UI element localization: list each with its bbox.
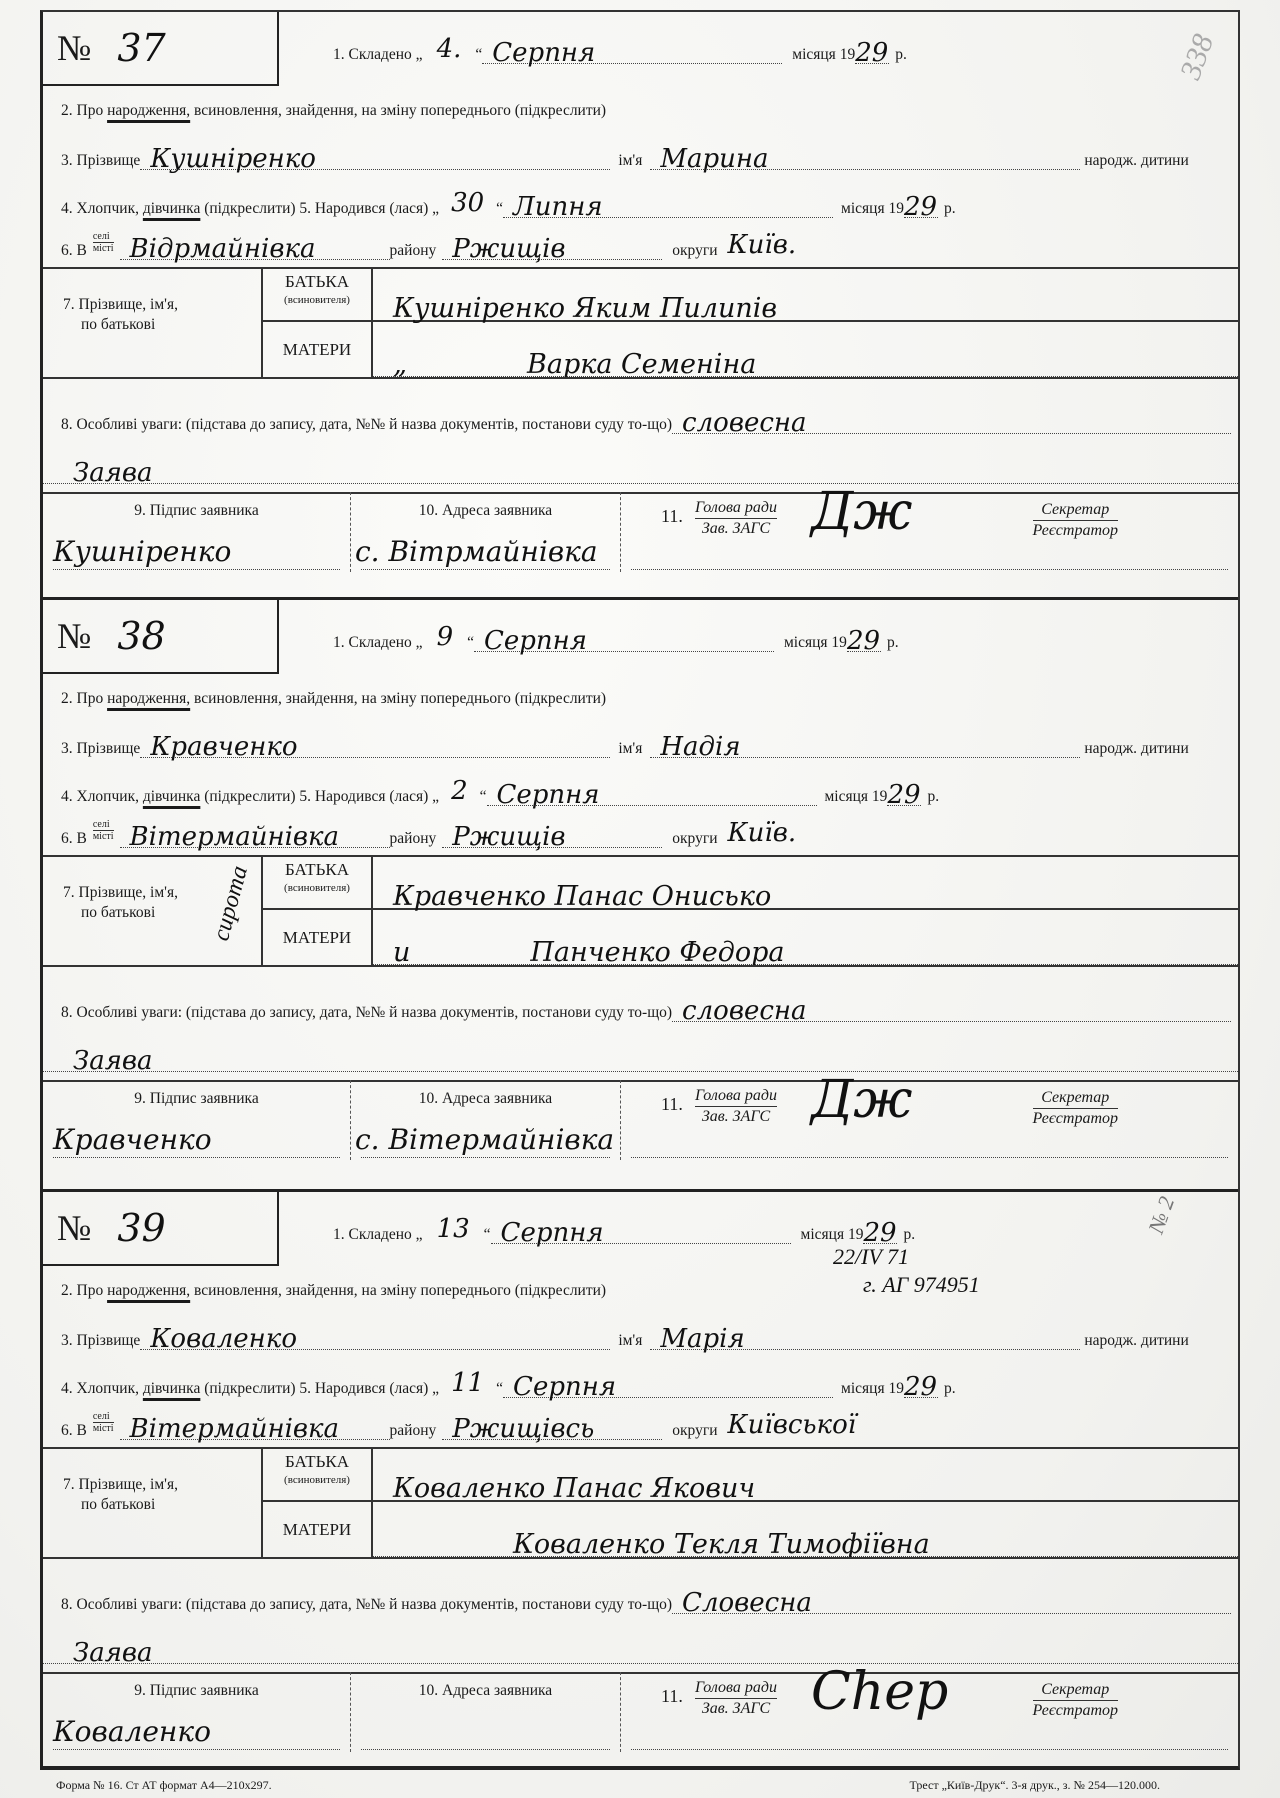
- compiled-month-field: Серпня: [491, 1218, 791, 1244]
- record-number: 39: [117, 1206, 165, 1250]
- birth-month-field: Серпня: [487, 780, 817, 806]
- applicant-address: с. Вiтермайнiвка: [355, 1123, 614, 1156]
- birth-record-39: № 39 1. Складено „ 13 “ Серпня місяця 19…: [43, 1192, 1238, 1772]
- printer-footer: Трест „Київ-Друк“. 3-я друк., з. № 254—1…: [910, 1778, 1160, 1793]
- signatures: 9. Підпис заявника Кравченко 10. Адреса …: [43, 1080, 1238, 1160]
- side-annotation: г. АГ 974951: [863, 1272, 980, 1298]
- underlined-girl: дівчинка: [143, 200, 200, 218]
- field-7-parents: 7. Прізвище, ім'я, по батькові БАТЬКА(вс…: [43, 1447, 1238, 1557]
- field-2-event-type: 2. Про народження, всиновлення, знайденн…: [61, 102, 1256, 120]
- number-sign: №: [57, 615, 91, 657]
- underlined-girl: дівчинка: [143, 1380, 200, 1398]
- birth-month-field: Серпня: [503, 1372, 833, 1398]
- field-1-compiled: 1. Складено „ 13 “ Серпня місяця 19 29 р…: [333, 1214, 1213, 1244]
- okruha-value: Київ.: [728, 230, 797, 260]
- field-7-parents: 7. Прізвище, ім'я, по батькові БАТЬКА(вс…: [43, 267, 1238, 377]
- village-field: Вiтермайнiвка: [120, 1414, 390, 1440]
- applicant-address-cell: 10. Адреса заявника с. Вiтрмайнiвка: [351, 492, 621, 572]
- field-8-notes: 8. Особливі уваги: (підстава до запису, …: [61, 408, 1231, 434]
- surname-field: Коваленко: [140, 1324, 610, 1350]
- scanned-page: 338 № 37 1. Складено „ 4. “ Серпня місяц…: [0, 0, 1280, 1798]
- record-number-box: № 37: [43, 12, 279, 86]
- field-4-5-sex-birthdate: 4. Хлопчик, дівчинка (підкреслити) 5. На…: [61, 188, 1231, 218]
- village-field: Вiдрмайнiвка: [120, 234, 390, 260]
- record-number: 38: [117, 614, 165, 658]
- field-1-compiled: 1. Складено „ 9 “ Серпня місяця 19 29 р.: [333, 622, 1213, 652]
- record-number: 37: [117, 26, 165, 70]
- field-2-event-type: 2. Про народження, всиновлення, знайденн…: [61, 1282, 1256, 1300]
- signatures: 9. Підпис заявника Кушнiренко 10. Адреса…: [43, 492, 1238, 572]
- side-annotation: 22/IV 71: [833, 1244, 909, 1270]
- field-3-names: 3. Прізвище Коваленко ім'я Марiя народж.…: [61, 1324, 1231, 1350]
- district-field: Ржищiв: [442, 822, 662, 848]
- applicant-signature-cell: 9. Підпис заявника Кравченко: [43, 1080, 351, 1160]
- underlined-birth: народження,: [107, 690, 190, 708]
- village-field: Вiтермайнiвка: [120, 822, 390, 848]
- given-name-field: Надiя: [650, 732, 1080, 758]
- surname-field: Кравченко: [140, 732, 610, 758]
- birth-registration-form: № 37 1. Складено „ 4. “ Серпня місяця 19…: [40, 10, 1240, 1770]
- applicant-signature: Кушнiренко: [53, 535, 231, 568]
- underlined-girl: дівчинка: [143, 788, 200, 806]
- underlined-birth: народження,: [107, 1282, 190, 1300]
- father-name-field: Кушнiренко Яким Пилипiв: [373, 267, 1238, 322]
- signatures: 9. Підпис заявника Коваленко 10. Адреса …: [43, 1672, 1238, 1752]
- official-signature-cell: 11. Голова радиЗав. ЗАГС Дж СекретарРеєс…: [621, 492, 1238, 572]
- okruha-value: Київської: [728, 1410, 857, 1440]
- given-name-field: Марина: [650, 144, 1080, 170]
- district-field: Ржищiв: [442, 234, 662, 260]
- birth-record-37: № 37 1. Складено „ 4. “ Серпня місяця 19…: [43, 12, 1238, 600]
- field-2-event-type: 2. Про народження, всиновлення, знайденн…: [61, 690, 1256, 708]
- field-3-names: 3. Прізвище Кушнiренко ім'я Марина народ…: [61, 144, 1231, 170]
- field-6-place: 6. В селімісті Вiдрмайнiвка району Ржищi…: [61, 230, 1231, 260]
- record-number-box: № 39: [43, 1192, 279, 1266]
- okruha-value: Київ.: [728, 818, 797, 848]
- field-4-5-sex-birthdate: 4. Хлопчик, дівчинка (підкреслити) 5. На…: [61, 776, 1231, 806]
- applicant-address-cell: 10. Адреса заявника: [351, 1672, 621, 1752]
- field-6-place: 6. В селімісті Вiтермайнiвка району Ржищ…: [61, 818, 1231, 848]
- surname-field: Кушнiренко: [140, 144, 610, 170]
- father-name-field: Кравченко Панас Онисько: [373, 855, 1238, 910]
- applicant-signature: Коваленко: [53, 1715, 211, 1748]
- district-field: Ржищiвсь: [442, 1414, 662, 1440]
- mother-name-field: иПанченко Федора: [373, 910, 1238, 965]
- underlined-birth: народження,: [107, 102, 190, 120]
- compiled-month-field: Серпня: [474, 626, 774, 652]
- applicant-signature-cell: 9. Підпис заявника Коваленко: [43, 1672, 351, 1752]
- head-signature: Дж: [811, 482, 912, 542]
- applicant-signature: Кравченко: [53, 1123, 212, 1156]
- given-name-field: Марiя: [650, 1324, 1080, 1350]
- notes-line-2: Заява: [43, 458, 1238, 484]
- father-name-field: Коваленко Панас Якович: [373, 1447, 1238, 1502]
- notes-line-2: Заява: [43, 1046, 1238, 1072]
- head-signature: Дж: [811, 1070, 912, 1130]
- number-sign: №: [57, 1207, 91, 1249]
- official-signature-cell: 11. Голова радиЗав. ЗАГС Дж СекретарРеєс…: [621, 1080, 1238, 1160]
- number-sign: №: [57, 27, 91, 69]
- field-1-compiled: 1. Складено „ 4. “ Серпня місяця 19 29 р…: [333, 34, 1213, 64]
- applicant-signature-cell: 9. Підпис заявника Кушнiренко: [43, 492, 351, 572]
- field-4-5-sex-birthdate: 4. Хлопчик, дівчинка (підкреслити) 5. На…: [61, 1368, 1231, 1398]
- mother-name-field: „Варка Семенiна: [373, 322, 1238, 377]
- field-3-names: 3. Прізвище Кравченко ім'я Надiя народж.…: [61, 732, 1231, 758]
- field-8-notes: 8. Особливі уваги: (підстава до запису, …: [61, 1588, 1231, 1614]
- mother-name-field: Коваленко Текля Тимофiївна: [373, 1502, 1238, 1557]
- birth-month-field: Липня: [503, 192, 833, 218]
- applicant-address: с. Вiтрмайнiвка: [355, 535, 598, 568]
- notes-line-2: Заява: [43, 1638, 1238, 1664]
- field-6-place: 6. В селімісті Вiтермайнiвка району Ржищ…: [61, 1410, 1231, 1440]
- record-number-box: № 38: [43, 600, 279, 674]
- official-signature-cell: 11. Голова радиЗав. ЗАГС Сhер СекретарРе…: [621, 1672, 1238, 1752]
- form-id-footer: Форма № 16. Ст АТ формат А4—210х297.: [56, 1778, 272, 1793]
- head-signature: Сhер: [811, 1662, 948, 1722]
- applicant-address-cell: 10. Адреса заявника с. Вiтермайнiвка: [351, 1080, 621, 1160]
- field-8-notes: 8. Особливі уваги: (підстава до запису, …: [61, 996, 1231, 1022]
- birth-record-38: № 38 1. Складено „ 9 “ Серпня місяця 19 …: [43, 600, 1238, 1192]
- compiled-month-field: Серпня: [482, 38, 782, 64]
